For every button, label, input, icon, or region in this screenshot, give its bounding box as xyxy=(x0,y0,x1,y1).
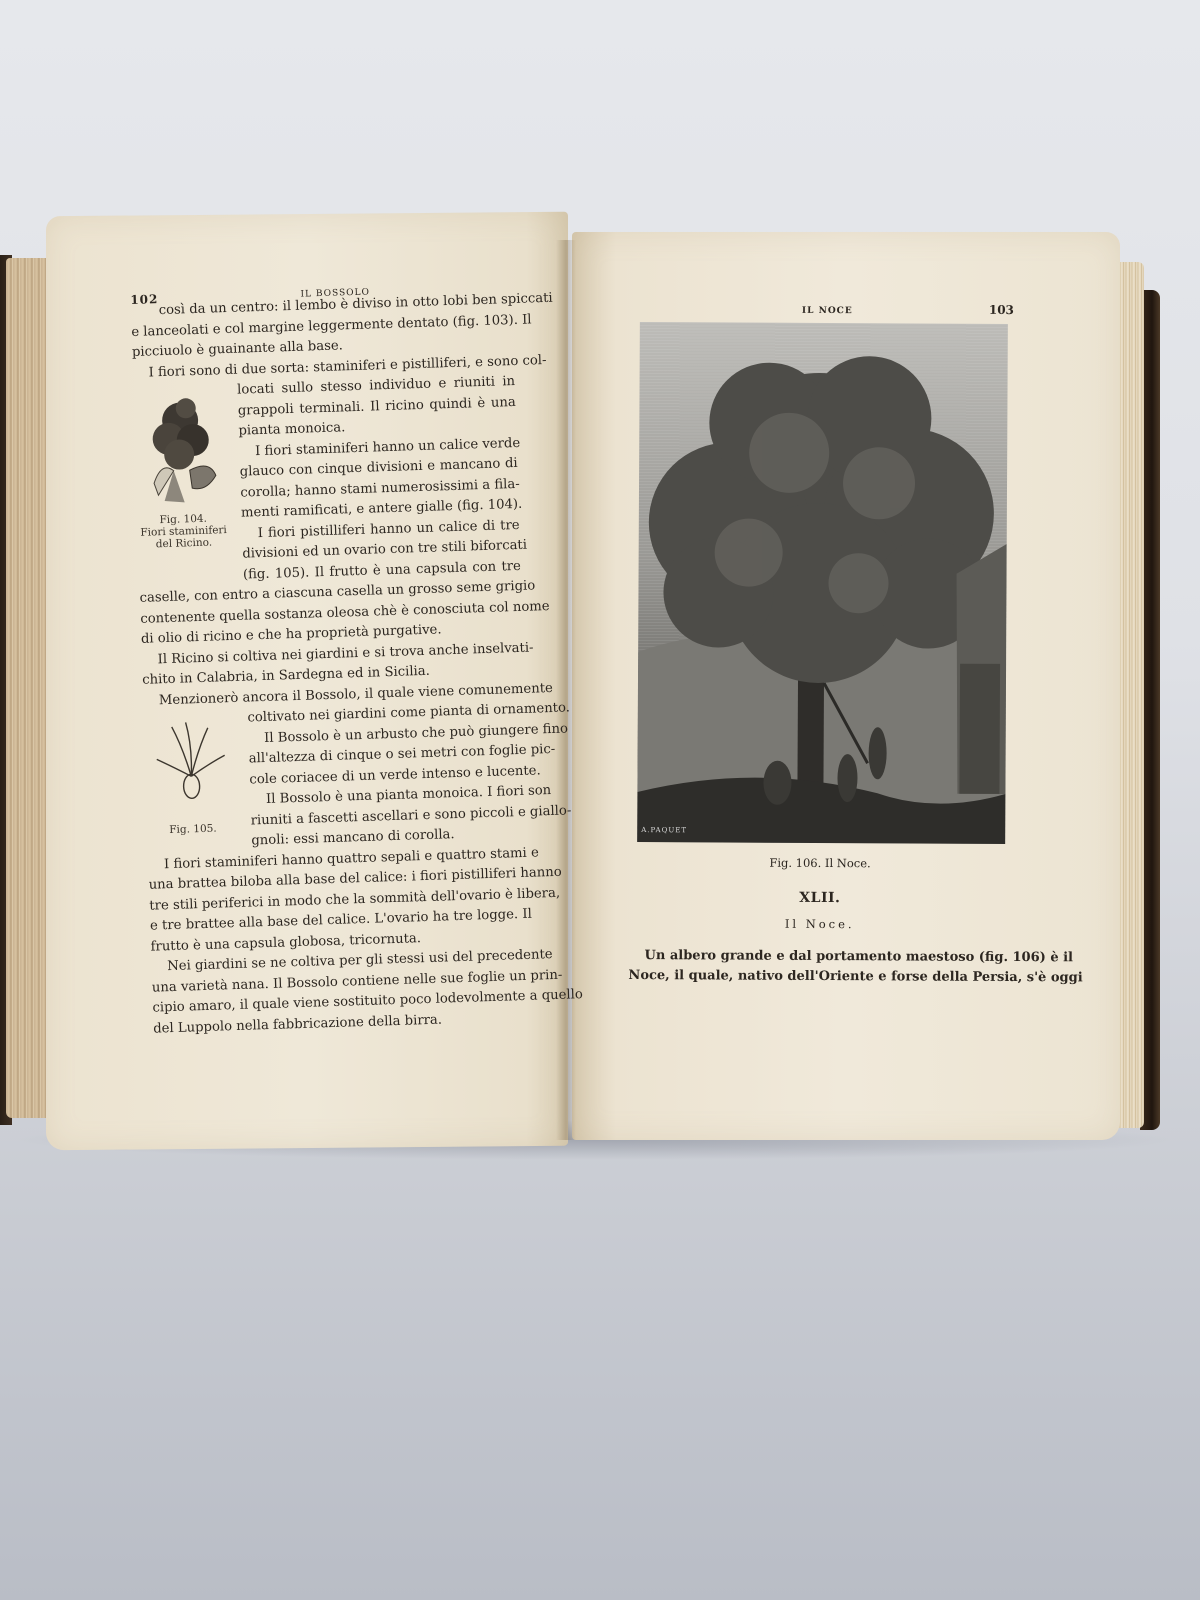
text-line: Un albero grande e dal portamento maesto… xyxy=(629,945,1011,967)
bossolo-flower-illustration-icon xyxy=(151,715,230,807)
running-head-right: IL NOCE 103 xyxy=(632,298,1014,322)
page-edges-right xyxy=(1118,262,1144,1128)
fig-105-label: Fig. 105. xyxy=(147,822,239,837)
running-head-title: IL NOCE xyxy=(802,301,853,322)
chapter-number: XLII. xyxy=(629,886,1011,908)
walnut-tree-illustration-icon xyxy=(637,322,1008,844)
figure-105: Fig. 105. xyxy=(143,715,239,837)
chapter-title: Il Noce. xyxy=(629,913,1011,935)
page-edges-left xyxy=(6,258,48,1118)
walnut-tree-engraving: A.PAQUET xyxy=(637,322,1008,844)
page-number-right: 103 xyxy=(989,300,1014,321)
fig-106-caption: Fig. 106. Il Noce. xyxy=(629,852,1011,874)
left-page-text: 102 IL BOSSOLO così da un centro: il lem… xyxy=(130,278,535,1040)
right-page-text: IL NOCE 103 xyxy=(628,298,1014,988)
ricino-flower-illustration-icon xyxy=(141,389,221,511)
page-number-left: 102 xyxy=(130,289,159,310)
text-line: Noce, il quale, nativo dell'Oriente e fo… xyxy=(628,966,1010,988)
book-gutter xyxy=(556,240,576,1140)
figure-105-wrap: Fig. 105. coltivato nei giardini come pi… xyxy=(143,700,529,855)
figure-104: Fig. 104. Fiori staminiferi del Ricino. xyxy=(133,389,230,551)
figure-104-wrap: Fig. 104. Fiori staminiferi del Ricino. … xyxy=(133,372,521,589)
engraver-signature: A.PAQUET xyxy=(641,820,687,841)
